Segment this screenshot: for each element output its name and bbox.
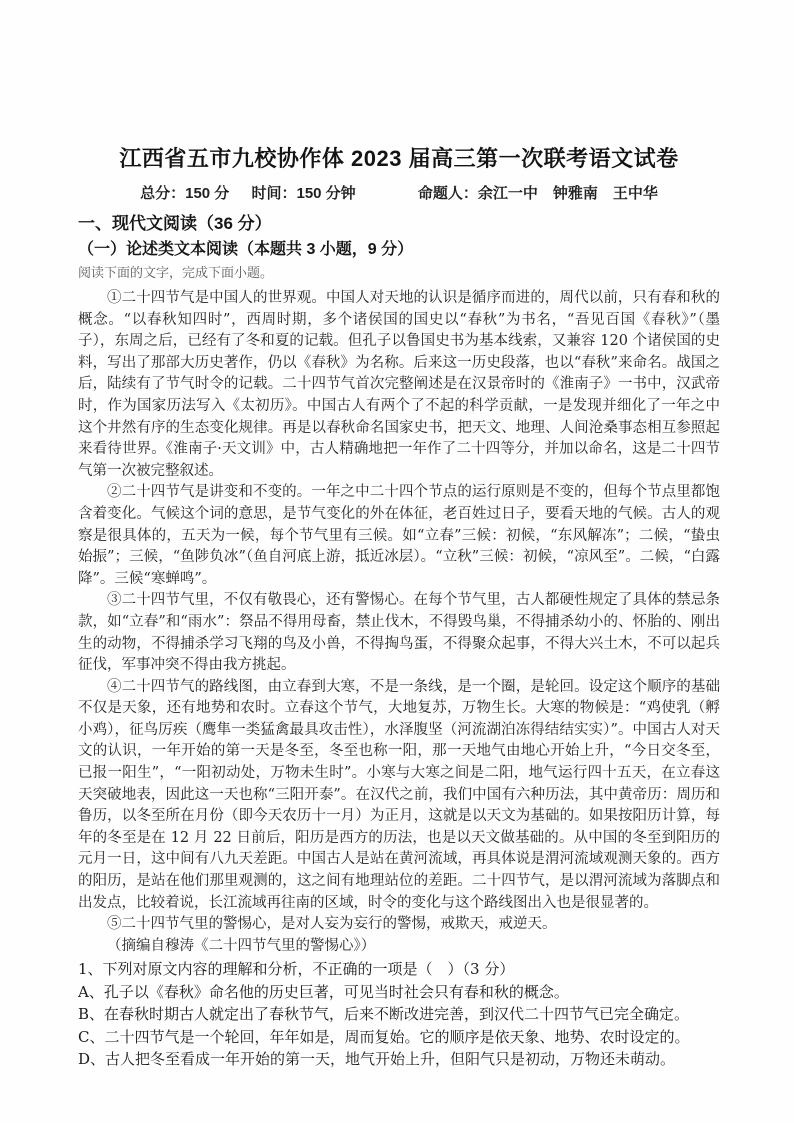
subsection-heading-argumentative-reading: （一）论述类文本阅读（本题共 3 小题，9 分） xyxy=(78,236,720,259)
exam-setters-label: 命题人：余江一中 钟雅南 王中华 xyxy=(418,182,658,203)
time-limit-label: 时间：150 分钟 xyxy=(251,182,355,203)
question-1-option-d: D、古人把冬至看成一年开始的第一天，地气开始上升，但阳气只是初动，万物还未萌动。 xyxy=(78,1048,720,1071)
exam-page: 江西省五市九校协作体 2023 届高三第一次联考语文试卷 总分：150 分 时间… xyxy=(0,0,794,1123)
passage-paragraph-1: ①二十四节气是中国人的世界观。中国人对天地的认识是循序而进的，周代以前，只有春和… xyxy=(78,288,720,482)
reading-instruction: 阅读下面的文字，完成下面小题。 xyxy=(78,262,720,281)
question-1-option-b: B、在春秋时期古人就定出了春秋节气，后来不断改进完善，到汉代二十四节气已完全确定… xyxy=(78,1003,720,1026)
page-title: 江西省五市九校协作体 2023 届高三第一次联考语文试卷 xyxy=(78,142,720,173)
reading-passage: ①二十四节气是中国人的世界观。中国人对天地的认识是循序而进的，周代以前，只有春和… xyxy=(78,288,720,957)
passage-paragraph-2: ②二十四节气是讲变和不变的。一年之中二十四个节点的运行原则是不变的，但每个节点里… xyxy=(78,482,720,590)
total-score-label: 总分：150 分 xyxy=(140,182,229,203)
question-1-option-a: A、孔子以《春秋》命名他的历史巨著，可见当时社会只有春和秋的概念。 xyxy=(78,981,720,1004)
question-1-stem: 1、下列对原文内容的理解和分析，不正确的一项是（ ）（3 分） xyxy=(78,958,720,981)
passage-paragraph-5: ⑤二十四节气里的警惕心，是对人妄为妄行的警惕，戒欺天，戒逆天。 xyxy=(78,914,720,936)
passage-paragraph-3: ③二十四节气里，不仅有敬畏心，还有警惕心。在每个节气里，古人都硬性规定了具体的禁… xyxy=(78,590,720,676)
passage-attribution: （摘编自穆涛《二十四节气里的警惕心》） xyxy=(78,936,720,958)
exam-meta-line: 总分：150 分 时间：150 分钟 命题人：余江一中 钟雅南 王中华 xyxy=(78,182,720,203)
section-heading-modern-reading: 一、现代文阅读（36 分） xyxy=(78,209,720,234)
question-1-option-c: C、二十四节气是一个轮回，年年如是，周而复始。它的顺序是依天象、地势、农时设定的… xyxy=(78,1026,720,1049)
question-1: 1、下列对原文内容的理解和分析，不正确的一项是（ ）（3 分） A、孔子以《春秋… xyxy=(78,958,720,1071)
passage-paragraph-4: ④二十四节气的路线图，由立春到大寒，不是一条线，是一个圈，是轮回。设定这个顺序的… xyxy=(78,677,720,915)
